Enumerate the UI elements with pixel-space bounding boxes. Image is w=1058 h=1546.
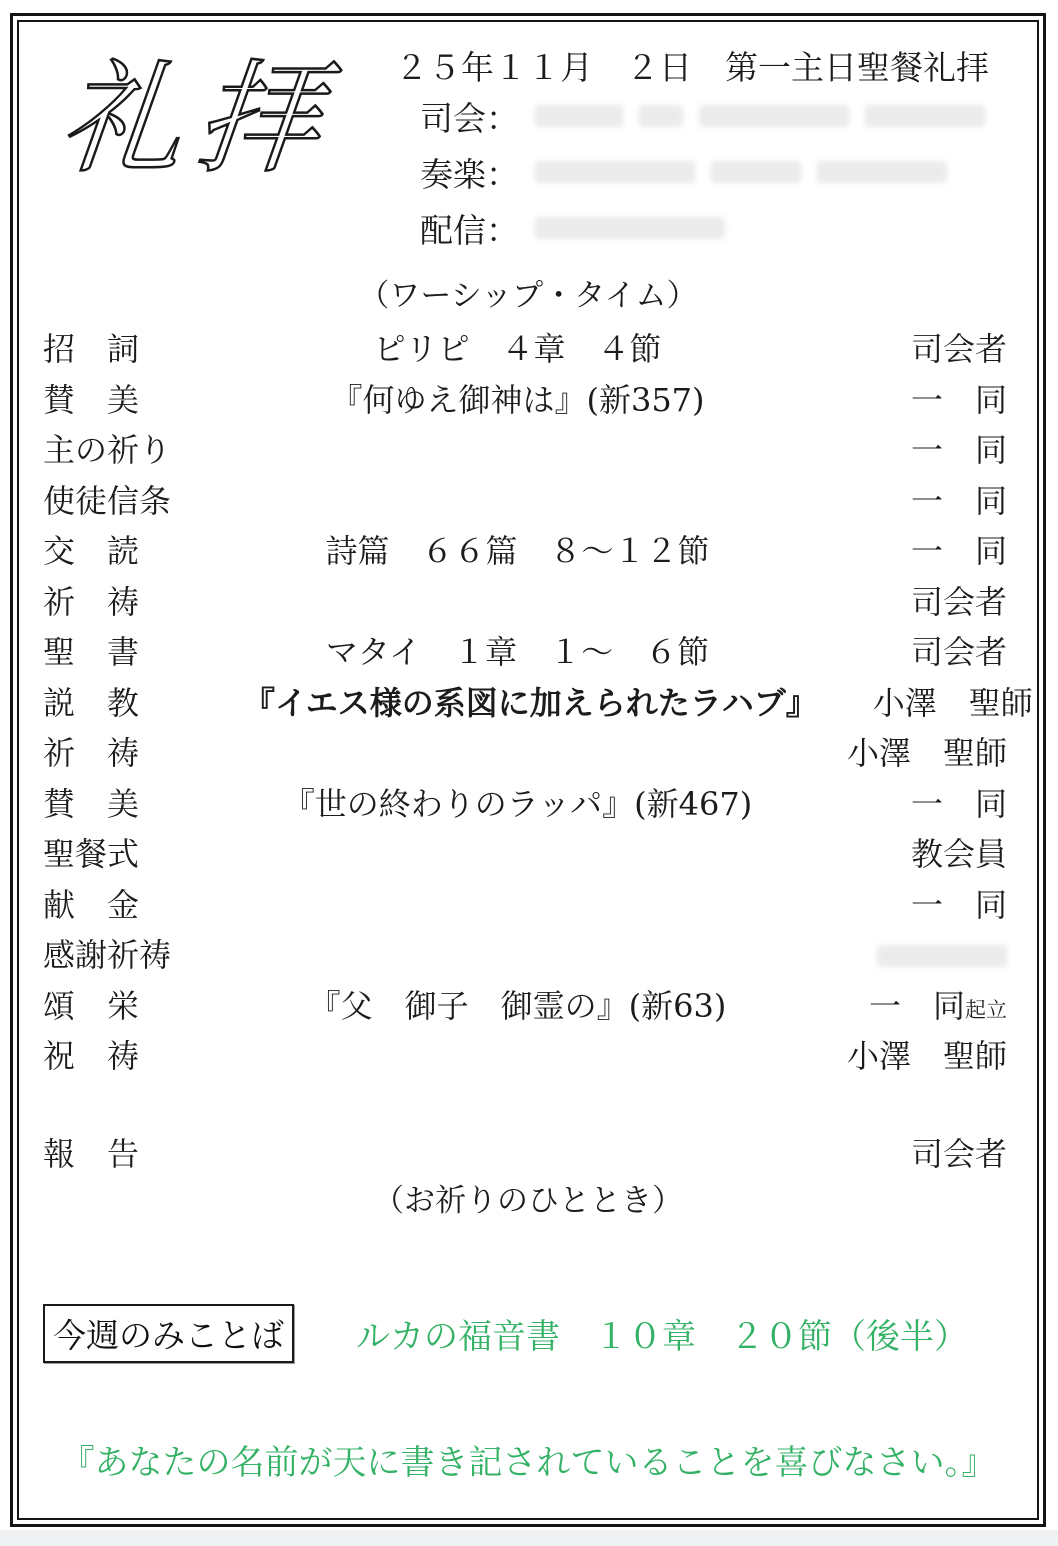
program-item-label: 交 読 [43, 526, 243, 572]
program-item-detail: 詩篇 ６６篇 ８～１２節 [243, 526, 792, 572]
program-item-performer [792, 934, 1007, 972]
staff-block: 司会： 奏楽： 配信： [420, 88, 985, 256]
program-item-detail: 『何ゆえ御神は』(新357) [243, 375, 792, 421]
worship-bulletin-page: 礼拝 ２５年１１月 ２日 第一主日聖餐礼拝 司会： 奏楽： 配信： （ワーシップ… [10, 13, 1046, 1527]
program-item-performer: 一 同 [792, 779, 1007, 825]
program-item-performer: 司会者 [792, 1129, 1007, 1175]
prayer-time-line: （お祈りのひととき） [19, 1182, 1037, 1220]
program-row: 賛 美 『何ゆえ御神は』(新357) 一 同 [19, 373, 1037, 424]
program-row: 祝 祷 小澤 聖師 [19, 1029, 1037, 1080]
performer-name: 一 同 [911, 482, 1007, 520]
performer-name: 一 同 [869, 987, 965, 1025]
program-row: 祈 祷 小澤 聖師 [19, 726, 1037, 777]
program-item-label: 使徒信条 [43, 476, 243, 522]
program-list: 招 詞 ピリピ ４章 ４節 司会者 賛 美 『何ゆえ御神は』(新357) 一 同… [19, 322, 1037, 1177]
program-item-performer: 司会者 [792, 577, 1007, 623]
program-item-label: 感謝祈祷 [43, 930, 243, 976]
performer-name: 司会者 [911, 330, 1007, 368]
redacted-name [711, 161, 801, 183]
program-item-performer: 一 同 [792, 880, 1007, 926]
redacted-name [865, 105, 985, 127]
redacted-name [535, 217, 725, 239]
screenshot-bottom-strip [0, 1530, 1058, 1546]
staff-row-streaming: 配信： [420, 200, 985, 256]
staff-row-mc: 司会： [420, 88, 985, 144]
bulletin-title: 礼拝 [54, 52, 340, 186]
performer-name: 教会員 [911, 835, 1007, 873]
weekly-word-row: 今週のみことば ルカの福音書 １０章 ２０節（後半） [43, 1304, 1007, 1363]
program-row: 説 教 『イエス様の系図に加えられたラハブ』 小澤 聖師 [19, 676, 1037, 727]
worship-time-heading: （ワーシップ・タイム） [19, 278, 1037, 314]
program-item-label: 祝 祷 [43, 1031, 243, 1077]
performer-name: 司会者 [911, 583, 1007, 621]
weekly-word-box-label: 今週のみことば [43, 1304, 294, 1363]
bulletin-inner-frame: 礼拝 ２５年１１月 ２日 第一主日聖餐礼拝 司会： 奏楽： 配信： （ワーシップ… [17, 20, 1039, 1520]
redacted-name [639, 105, 683, 127]
performer-name: 小澤 聖師 [847, 1037, 1007, 1075]
performer-suffix: 起立 [965, 998, 1007, 1022]
redacted-name [817, 161, 947, 183]
program-item-detail: マタイ １章 １～ ６節 [243, 627, 792, 673]
program-row: 招 詞 ピリピ ４章 ４節 司会者 [19, 322, 1037, 373]
redacted-name [699, 105, 849, 127]
program-item-detail: 『世の終わりのラッパ』(新467) [243, 779, 792, 825]
program-item-label: 祈 祷 [43, 728, 243, 774]
program-row: 報 告 司会者 [19, 1127, 1037, 1178]
program-item-performer: 小澤 聖師 [792, 728, 1007, 774]
performer-name: 一 同 [911, 785, 1007, 823]
program-row: 献 金 一 同 [19, 878, 1037, 929]
performer-name: 司会者 [911, 633, 1007, 671]
program-row: 使徒信条 一 同 [19, 474, 1037, 525]
program-item-performer: 小澤 聖師 [792, 1031, 1007, 1077]
program-item-label: 報 告 [43, 1129, 243, 1175]
program-item-performer: 司会者 [792, 627, 1007, 673]
performer-name: 司会者 [911, 1135, 1007, 1173]
program-item-performer: 一 同 [792, 425, 1007, 471]
program-item-label: 聖 書 [43, 627, 243, 673]
program-row: 主の祈り 一 同 [19, 423, 1037, 474]
redacted-name [535, 161, 695, 183]
mc-label: 司会： [420, 93, 519, 140]
program-item-label: 頌 栄 [43, 981, 243, 1027]
program-item-detail: ピリピ ４章 ４節 [243, 324, 792, 370]
program-item-label: 賛 美 [43, 375, 243, 421]
program-row: 祈 祷 司会者 [19, 575, 1037, 626]
program-item-label: 招 詞 [43, 324, 243, 370]
performer-name: 一 同 [911, 381, 1007, 419]
program-item-performer: 一 同 [792, 476, 1007, 522]
program-item-detail: 『父 御子 御霊の』(新63) [243, 981, 792, 1027]
program-row: 感謝祈祷 [19, 928, 1037, 979]
program-row: 頌 栄 『父 御子 御霊の』(新63) 一 同起立 [19, 979, 1037, 1030]
performer-name: 一 同 [911, 532, 1007, 570]
program-row: 聖餐式 教会員 [19, 827, 1037, 878]
program-item-label: 主の祈り [43, 425, 243, 471]
performer-name: 小澤 聖師 [873, 684, 1033, 722]
program-item-label: 献 金 [43, 880, 243, 926]
performer-name: 小澤 聖師 [847, 734, 1007, 772]
program-item-detail: 『イエス様の系図に加えられたラハブ』 [243, 678, 818, 724]
weekly-word-reference: ルカの福音書 １０章 ２０節（後半） [356, 1309, 968, 1358]
program-item-performer: 一 同 [792, 526, 1007, 572]
performer-name: 一 同 [911, 431, 1007, 469]
weekly-word-quote: 『あなたの名前が天に書き記されていることを喜びなさい。』 [19, 1435, 1037, 1484]
program-item-performer: 小澤 聖師 [818, 678, 1033, 724]
program-row: 交 読 詩篇 ６６篇 ８～１２節 一 同 [19, 524, 1037, 575]
program-item-label: 祈 祷 [43, 577, 243, 623]
program-item-label: 説 教 [43, 678, 243, 724]
service-date-line: ２５年１１月 ２日 第一主日聖餐礼拝 [395, 42, 989, 89]
program-row: 聖 書 マタイ １章 １～ ６節 司会者 [19, 625, 1037, 676]
redacted-name [535, 105, 623, 127]
program-item-performer: 一 同 [792, 375, 1007, 421]
program-item-label: 聖餐式 [43, 829, 243, 875]
program-row: 賛 美 『世の終わりのラッパ』(新467) 一 同 [19, 777, 1037, 828]
performer-name: 一 同 [911, 886, 1007, 924]
program-item-label: 賛 美 [43, 779, 243, 825]
program-item-performer: 司会者 [792, 324, 1007, 370]
music-label: 奏楽： [420, 149, 519, 196]
streaming-label: 配信： [420, 205, 519, 252]
program-item-performer: 一 同起立 [792, 981, 1007, 1027]
staff-row-music: 奏楽： [420, 144, 985, 200]
program-item-performer: 教会員 [792, 829, 1007, 875]
redacted-name [877, 945, 1007, 967]
